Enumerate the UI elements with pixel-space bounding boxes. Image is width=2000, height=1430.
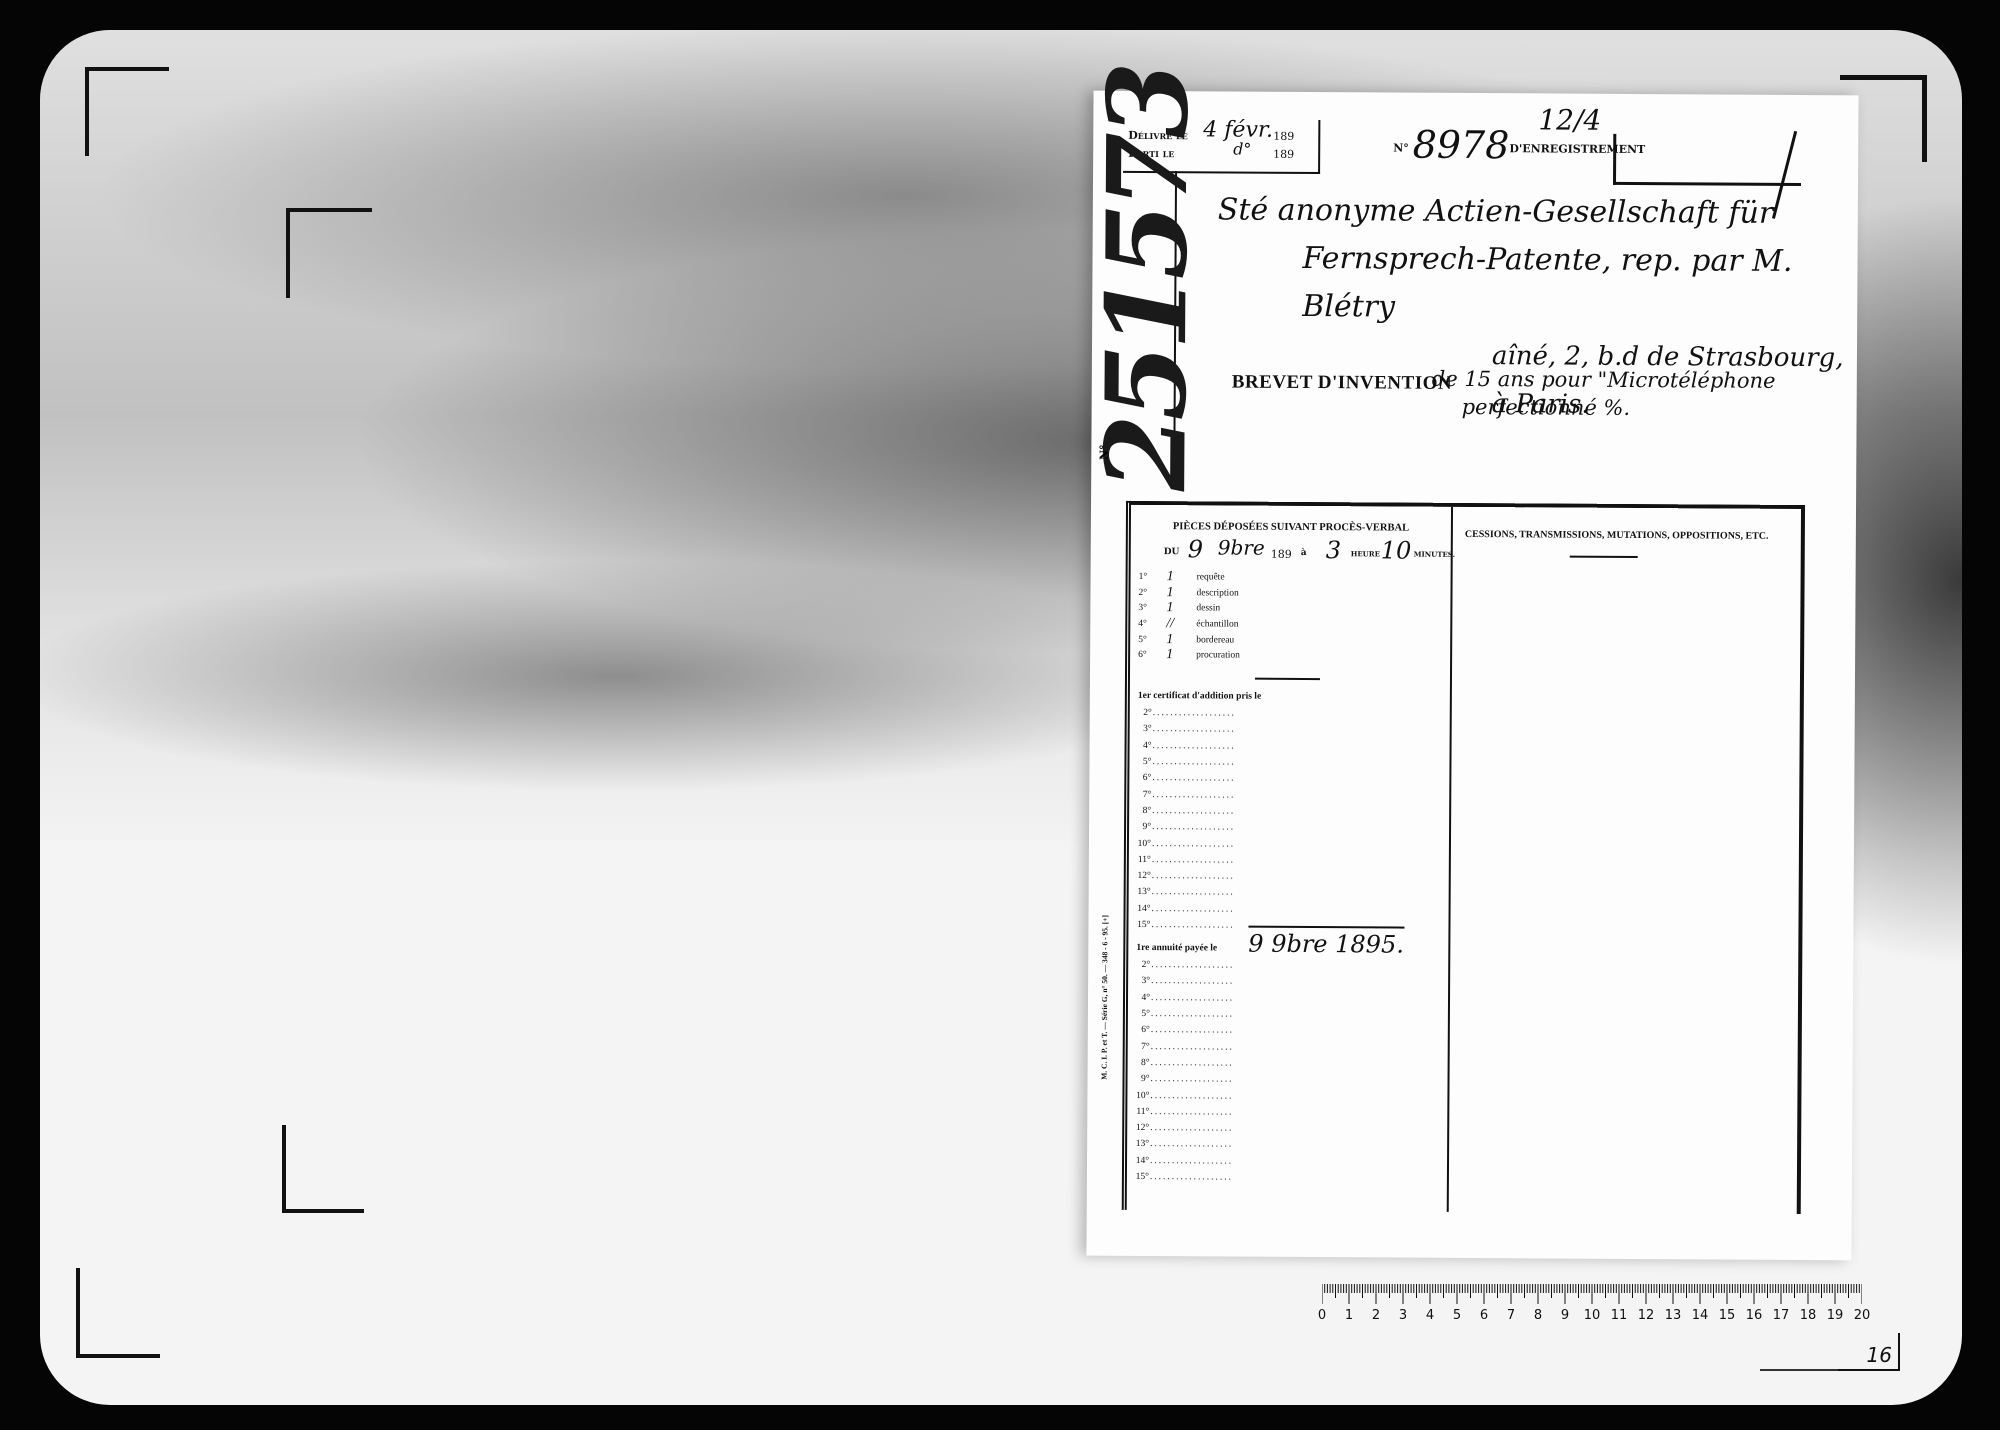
piece-number: 2° [1138, 587, 1166, 597]
register-table: PIÈCES DÉPOSÉES SUIVANT PROCÈS-VERBAL DU… [1122, 501, 1805, 1214]
ruler-label: 12 [1638, 1308, 1655, 1323]
certificat-item-number: 15° [1132, 920, 1150, 930]
ruler-label: 2 [1372, 1308, 1380, 1323]
ruler-label: 10 [1584, 1308, 1601, 1323]
left-column: PIÈCES DÉPOSÉES SUIVANT PROCÈS-VERBAL DU… [1127, 505, 1453, 1212]
annuite-item-number: 11° [1131, 1107, 1149, 1117]
dot-leader: ................... [1151, 960, 1234, 971]
certificat-item: 7°................... [1133, 786, 1235, 803]
annuite-item: 4°................... [1132, 990, 1234, 1007]
bracket-mark [1613, 134, 1801, 186]
certificat-item: 10°................... [1133, 835, 1235, 852]
certificat-item-number: 5° [1133, 757, 1151, 767]
dot-leader: ................... [1153, 741, 1236, 752]
certificat-item: 15°................... [1132, 917, 1234, 934]
corner-mark-top-left-outer [85, 67, 169, 156]
annuite-item-number: 13° [1131, 1139, 1149, 1149]
annuite-item: 14°................... [1131, 1152, 1233, 1169]
right-column: CESSIONS, TRANSMISSIONS, MUTATIONS, OPPO… [1449, 507, 1801, 1214]
du-label: DU [1164, 547, 1180, 557]
certificat-item: 8°................... [1133, 803, 1235, 820]
dot-leader: ................... [1153, 708, 1236, 719]
dot-leader: ................... [1151, 976, 1234, 987]
pieces-hour: 3 [1326, 536, 1341, 564]
ruler-label: 11 [1611, 1308, 1628, 1323]
annuite-item: 2°................... [1132, 957, 1234, 974]
dot-leader: ................... [1152, 806, 1235, 817]
certificat-item-number: 3° [1134, 724, 1152, 734]
annuite-item: 9°................... [1131, 1071, 1233, 1088]
registration-number: N° 8978D'ENREGISTREMENT [1393, 123, 1645, 169]
ruler-label: 8 [1534, 1308, 1542, 1323]
scale-ruler: 01234567891011121314151617181920 [1322, 1284, 1862, 1328]
plate-number: 16 [1867, 1343, 1892, 1367]
certificat-item: 3°................... [1134, 721, 1236, 738]
owner-line-2: Fernsprech-Patente, rep. par M. Blétry [1207, 234, 1848, 334]
annuite-item: 15°................... [1131, 1169, 1233, 1186]
dot-leader: ................... [1152, 904, 1235, 915]
ruler-label: 1 [1345, 1308, 1353, 1323]
certificat-item: 9°................... [1133, 819, 1235, 836]
annuite-item-number: 5° [1132, 1009, 1150, 1019]
certificat-item-number: 11° [1133, 855, 1151, 865]
dot-leader: ................... [1151, 993, 1234, 1004]
annuite-item-number: 9° [1131, 1074, 1149, 1084]
dot-leader: ................... [1152, 790, 1235, 801]
annuite-item-number: 2° [1132, 960, 1150, 970]
ruler-label: 18 [1800, 1308, 1817, 1323]
certificat-list: 2°...................3°.................… [1132, 705, 1236, 934]
annuite-item-number: 7° [1132, 1042, 1150, 1052]
cessions-title: CESSIONS, TRANSMISSIONS, MUTATIONS, OPPO… [1465, 529, 1769, 542]
pieces-minutes: 10 [1381, 536, 1412, 564]
piece-quantity: 1 [1166, 647, 1196, 663]
dot-leader: ................... [1152, 839, 1235, 850]
heure-label: HEURE [1351, 549, 1380, 558]
brevet-label: BREVET D'INVENTION [1232, 372, 1452, 395]
pieces-day: 9 [1188, 535, 1203, 563]
ruler-label: 14 [1692, 1308, 1709, 1323]
annuite-title: 1re annuité payée le [1136, 943, 1217, 953]
registration-no-label: N° [1393, 142, 1409, 155]
brevet-description-line-2: perfectionné %. [1432, 393, 1852, 424]
dot-leader: ................... [1150, 1074, 1233, 1085]
certificat-item: 14°................... [1133, 900, 1235, 917]
piece-item: 1°1requête [1139, 569, 1241, 585]
dot-leader: ................... [1151, 1042, 1234, 1053]
certificat-item: 5°................... [1133, 754, 1235, 771]
annuite-item-number: 12° [1131, 1123, 1149, 1133]
certificat-item-number: 10° [1133, 838, 1151, 848]
dot-leader: ................... [1152, 757, 1235, 768]
annuite-item: 5°................... [1132, 1006, 1234, 1023]
parti-year: 189 [1273, 148, 1294, 161]
dot-leader: ................... [1150, 1172, 1233, 1183]
piece-item: 4°//échantillon [1138, 616, 1240, 632]
piece-quantity: 1 [1166, 585, 1196, 601]
ruler-label: 6 [1480, 1308, 1488, 1323]
corner-mark-top-left-inner [286, 208, 372, 298]
certificat-item-number: 13° [1133, 887, 1151, 897]
delivre-year: 189 [1273, 130, 1294, 143]
piece-quantity: 1 [1167, 569, 1197, 585]
separator [1255, 678, 1320, 680]
ruler-label: 7 [1507, 1308, 1515, 1323]
piece-number: 3° [1138, 603, 1166, 613]
ruler-label: 3 [1399, 1308, 1407, 1323]
piece-label: description [1196, 588, 1238, 598]
annuite-list: 2°...................3°.................… [1131, 957, 1235, 1186]
piece-label: échantillon [1196, 619, 1238, 629]
dot-leader: ................... [1151, 920, 1234, 931]
piece-item: 6°1procuration [1138, 647, 1240, 663]
annuite-item-number: 10° [1131, 1090, 1149, 1100]
parti-value: d° [1233, 140, 1251, 159]
dot-leader: ................... [1151, 1058, 1234, 1069]
annuite-item-number: 3° [1132, 976, 1150, 986]
printer-imprint: M. C. I. P. et T. — Série G, n° 50. — 34… [1100, 915, 1110, 1080]
piece-label: bordereau [1196, 635, 1234, 645]
dot-leader: ................... [1152, 871, 1235, 882]
patent-number-prefix: N° [1098, 444, 1111, 460]
certificat-item: 4°................... [1134, 738, 1236, 755]
ruler-label: 20 [1854, 1308, 1871, 1323]
annuite-item: 6°................... [1132, 1022, 1234, 1039]
annuite-item-number: 8° [1132, 1058, 1150, 1068]
pieces-month: 9bre [1218, 535, 1265, 559]
patent-number: 251573 [1081, 67, 1213, 491]
dot-leader: ................... [1151, 1025, 1234, 1036]
owner-line-1: Sté anonyme Actien-Gesellschaft für [1208, 186, 1848, 238]
corner-mark-bottom-left-inner [282, 1125, 364, 1213]
annuite-item: 13°................... [1131, 1136, 1233, 1153]
ruler-label: 0 [1318, 1308, 1326, 1323]
annuite-item: 8°................... [1132, 1055, 1234, 1072]
registration-number-value: 8978 [1413, 123, 1510, 168]
certificat-item: 12°................... [1133, 868, 1235, 885]
piece-number: 6° [1138, 650, 1166, 660]
dot-leader: ................... [1151, 1009, 1234, 1020]
annuite-item: 7°................... [1132, 1038, 1234, 1055]
corner-mark-bottom-left-outer [76, 1268, 160, 1358]
ruler-label: 15 [1719, 1308, 1736, 1323]
ruler-label: 19 [1827, 1308, 1844, 1323]
piece-label: dessin [1196, 604, 1220, 614]
ruler-label: 4 [1426, 1308, 1434, 1323]
dot-leader: ................... [1152, 855, 1235, 866]
plate-underline [1760, 1369, 1840, 1371]
certificat-item-number: 8° [1133, 806, 1151, 816]
piece-label: requête [1197, 572, 1225, 582]
ruler-label: 5 [1453, 1308, 1461, 1323]
annuite-item-number: 15° [1131, 1172, 1149, 1182]
pieces-year: 189 [1271, 548, 1292, 561]
piece-item: 3°1dessin [1138, 600, 1240, 616]
piece-item: 5°1bordereau [1138, 632, 1240, 648]
ruler-label: 16 [1746, 1308, 1763, 1323]
ruler-ticks [1322, 1284, 1862, 1304]
piece-quantity: 1 [1166, 600, 1196, 616]
annuite-item: 11°................... [1131, 1104, 1233, 1121]
ruler-label: 13 [1665, 1308, 1682, 1323]
patent-document: Délivré le Parti le 4 févr. d° 189 189 N… [1086, 91, 1858, 1261]
certificat-title: 1er certificat d'addition pris le [1138, 691, 1261, 702]
certificat-item-number: 2° [1134, 708, 1152, 718]
ruler-label: 9 [1561, 1308, 1569, 1323]
dot-leader: ................... [1150, 1091, 1233, 1102]
dot-leader: ................... [1150, 1107, 1233, 1118]
annuite-item-number: 6° [1132, 1025, 1150, 1035]
dot-leader: ................... [1150, 1156, 1233, 1167]
dot-leader: ................... [1150, 1139, 1233, 1150]
certificat-item-number: 12° [1133, 871, 1151, 881]
pieces-date: DU 9 9bre 189 à 3 HEURE 10 MINUTES. [1146, 535, 1446, 537]
pieces-list: 1°1requête2°1description3°1dessin4°//éch… [1138, 569, 1240, 664]
dot-leader: ................... [1152, 773, 1235, 784]
dot-leader: ................... [1152, 887, 1235, 898]
certificat-item: 11°................... [1133, 852, 1235, 869]
annuite-item: 12°................... [1131, 1120, 1233, 1137]
minutes-label: MINUTES. [1414, 550, 1455, 559]
dot-leader: ................... [1153, 724, 1236, 735]
annuite-item-number: 14° [1131, 1156, 1149, 1166]
certificat-item: 2°................... [1134, 705, 1236, 722]
piece-number: 4° [1138, 619, 1166, 629]
certificat-item-number: 14° [1133, 904, 1151, 914]
certificat-item-number: 9° [1133, 822, 1151, 832]
pieces-title: PIÈCES DÉPOSÉES SUIVANT PROCÈS-VERBAL [1173, 521, 1409, 533]
certificat-item-number: 4° [1134, 741, 1152, 751]
ruler-label: 17 [1773, 1308, 1790, 1323]
piece-label: procuration [1196, 651, 1240, 661]
piece-item: 2°1description [1138, 585, 1240, 601]
registration-fraction: 12/4 [1538, 103, 1601, 136]
certificat-item: 13°................... [1133, 884, 1235, 901]
brevet-description-line-1: de 15 ans pour "Microtéléphone [1432, 365, 1852, 396]
certificat-item: 6°................... [1133, 770, 1235, 787]
piece-quantity: 1 [1166, 632, 1196, 648]
annuite-item: 3°................... [1132, 973, 1234, 990]
dot-leader: ................... [1152, 822, 1235, 833]
certificat-item-number: 7° [1133, 790, 1151, 800]
a-label: à [1301, 548, 1307, 558]
annuite-item: 10°................... [1131, 1087, 1233, 1104]
annuite-paid-date: 9 9bre 1895. [1248, 926, 1404, 959]
certificat-item-number: 6° [1133, 773, 1151, 783]
piece-number: 1° [1139, 572, 1167, 582]
annuite-item-number: 4° [1132, 993, 1150, 1003]
piece-quantity: // [1166, 616, 1196, 632]
piece-number: 5° [1138, 635, 1166, 645]
dot-leader: ................... [1150, 1123, 1233, 1134]
separator [1570, 556, 1638, 558]
plate-number-box: 16 [1838, 1333, 1900, 1371]
brevet-description: de 15 ans pour "Microtéléphone perfectio… [1432, 365, 1852, 424]
